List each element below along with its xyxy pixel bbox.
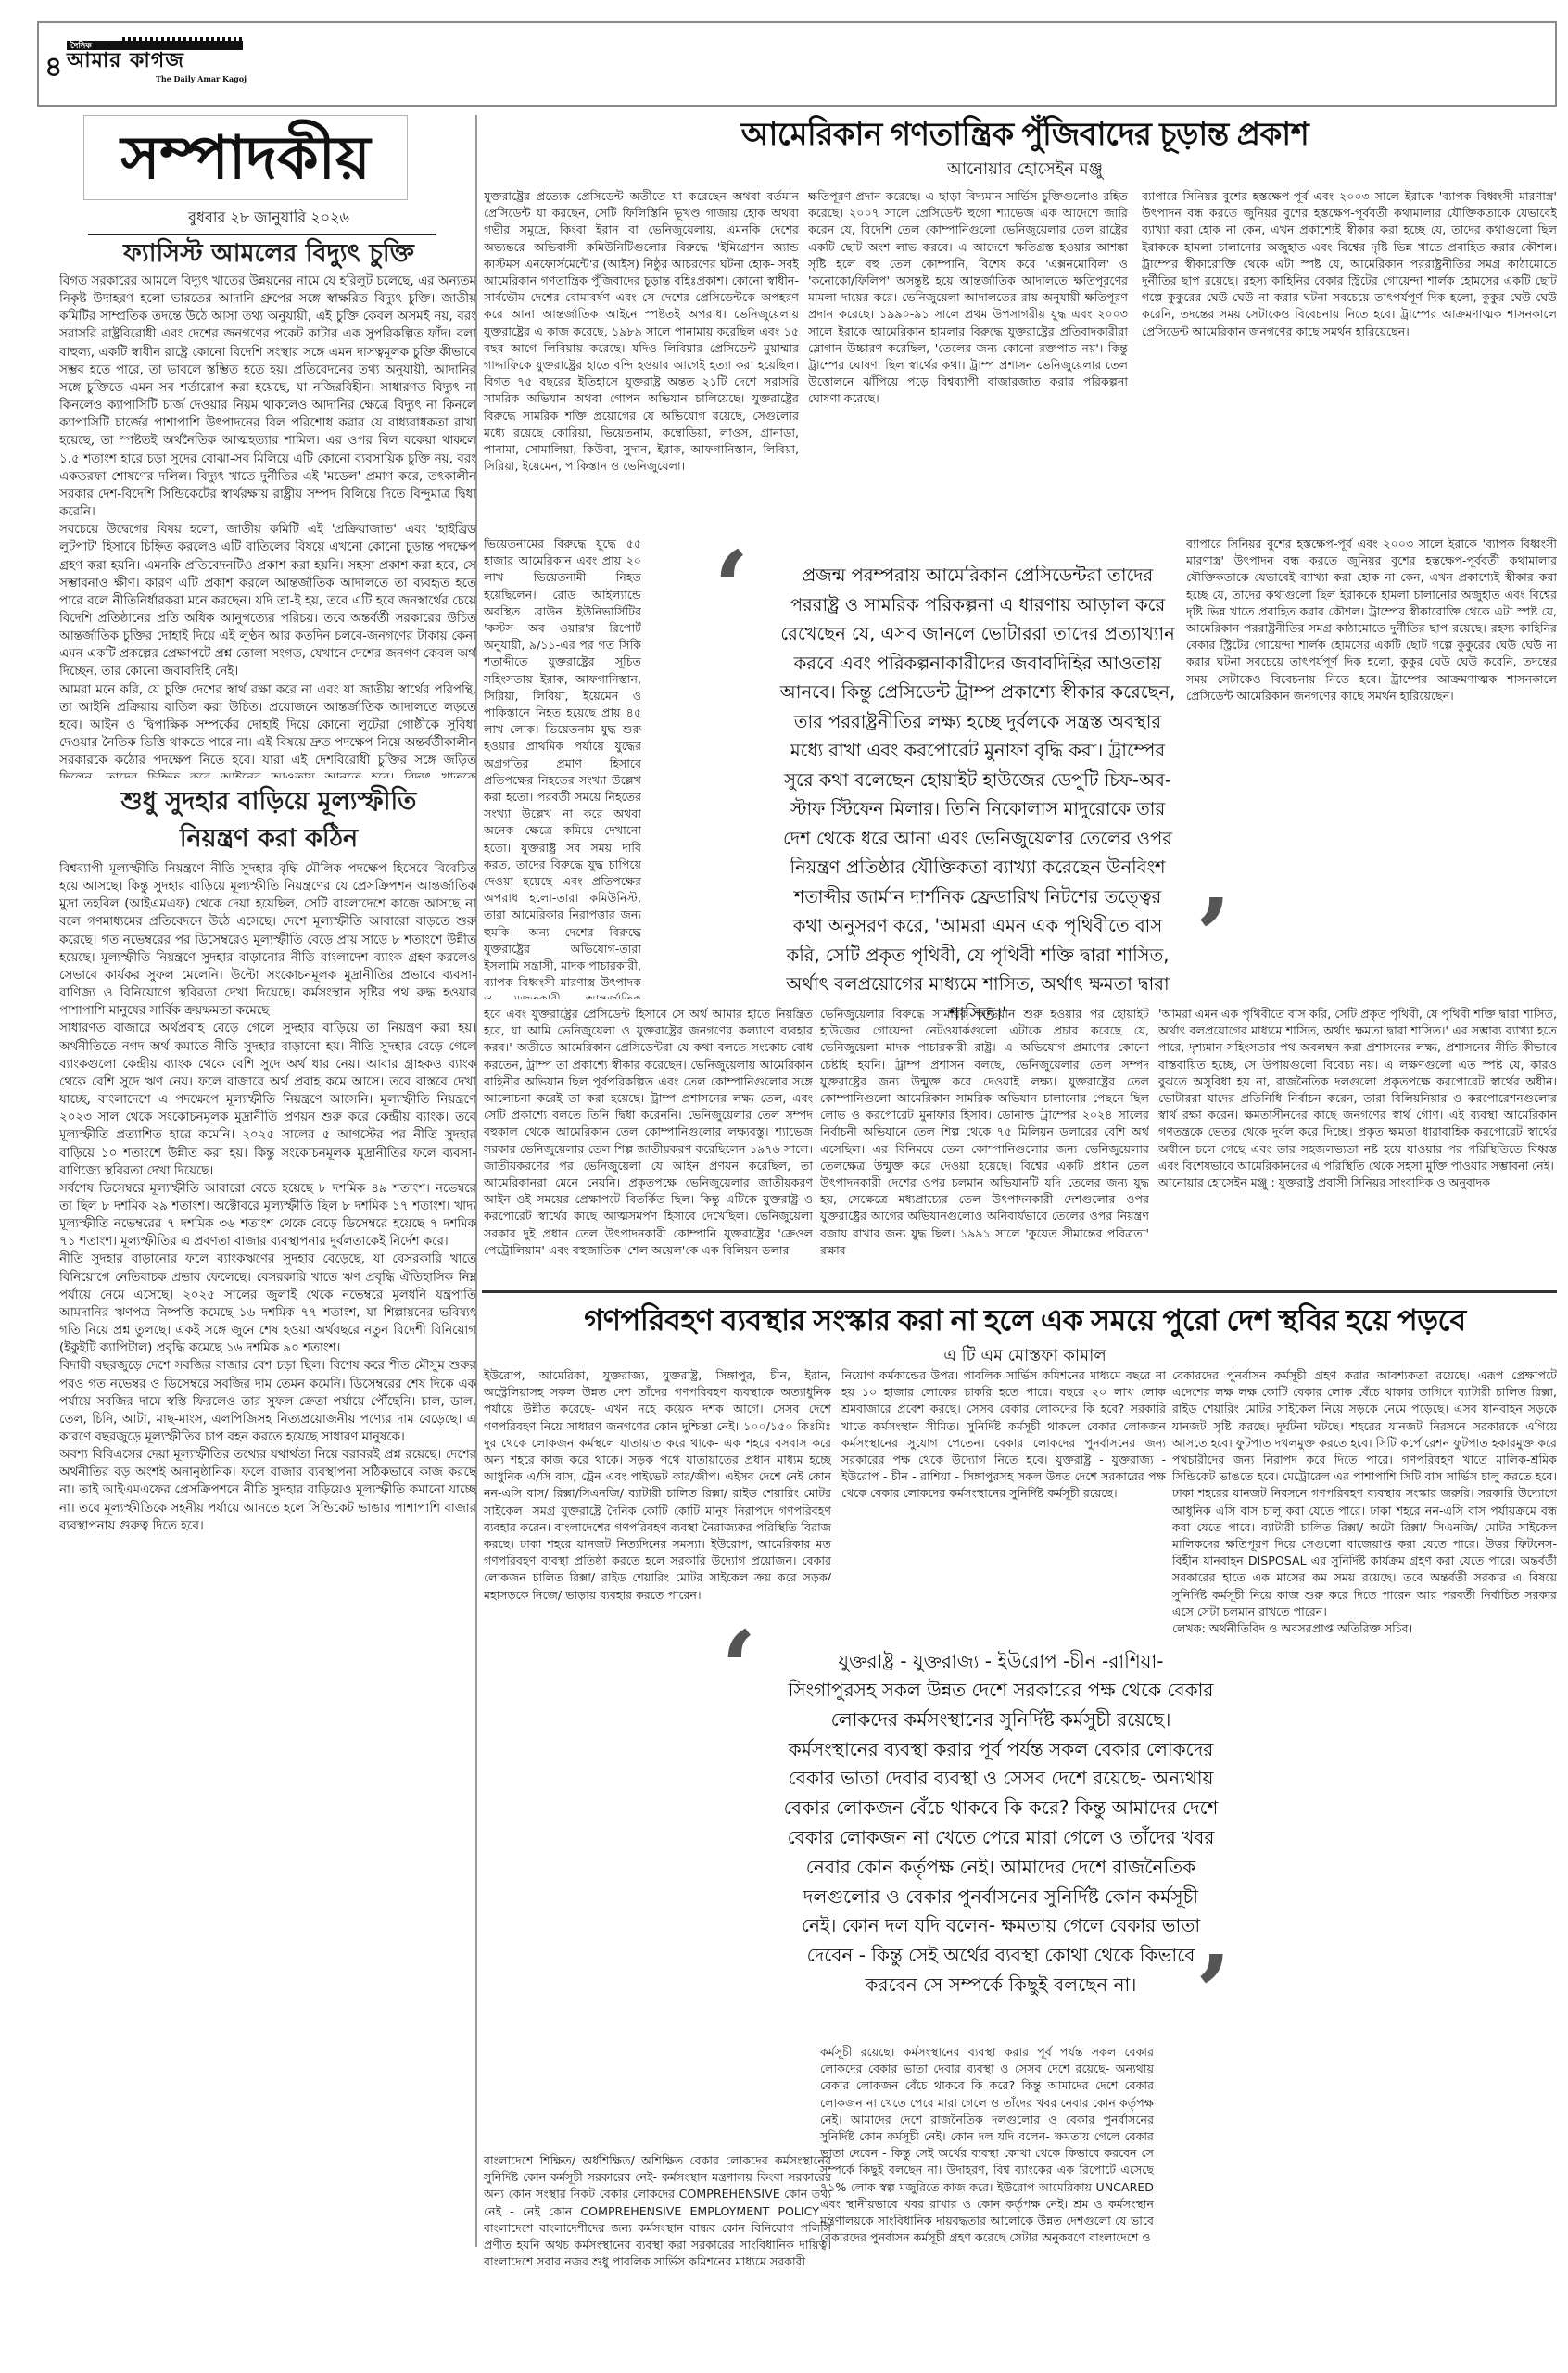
skyline-icon bbox=[122, 37, 243, 46]
paragraph: বিদায়ী বছরজুড়ে দেশে সবজির বাজার বেশ চড… bbox=[59, 1357, 476, 1446]
transport-headline: গণপরিবহণ ব্যবস্থার সংস্কার করা না হলে এক… bbox=[482, 1298, 1568, 1342]
feature-right-column: ব্যাপারে সিনিয়র বুশের হস্তক্ষেপ-পূর্ব এ… bbox=[1186, 536, 1557, 981]
date-divider bbox=[88, 234, 436, 235]
section-divider bbox=[482, 1290, 1557, 1293]
editorial-headline-2-line-2: নিয়ন্ত্রণ করা কঠিন bbox=[56, 820, 482, 857]
feature-author-note: আনোয়ার হোসেইন মঞ্জু : যুক্তরাষ্ট্র প্রব… bbox=[1158, 1174, 1557, 1191]
editorial-headline-1: ফ্যাসিস্ট আমলের বিদ্যুৎ চুক্তি bbox=[56, 237, 482, 271]
editorial-date: বুধবার ২৮ জানুয়ারি ২০২৬ bbox=[56, 206, 482, 231]
feature-pull-quote: প্রজন্ম পরম্পরায় আমেরিকান প্রেসিডেন্টরা… bbox=[778, 561, 1177, 941]
masthead-logo: দৈনিক আমার কাগজ The Daily Amar Kagoj bbox=[67, 41, 252, 82]
feature-column-3: ক্ষতিপূরণ প্রদান করেছে। এ ছাড়া বিদ্যমান… bbox=[808, 188, 1128, 531]
paragraph: বিশ্বব্যাপী মূল্যস্ফীতি নিয়ন্ত্রণে নীতি… bbox=[59, 860, 476, 1020]
feature-column-2: ভিয়েতনামের বিরুদ্ধে যুদ্ধে ৫৫ হাজার আমে… bbox=[484, 536, 641, 999]
paragraph: সবচেয়ে উদ্বেগের বিষয় হলো, জাতীয় কমিটি… bbox=[59, 521, 476, 680]
open-quote-icon: ‘ bbox=[721, 1618, 756, 1719]
feature-byline: আনোয়ার হোসেইন মঞ্জু bbox=[482, 156, 1568, 184]
transport-column-2: নিয়োগ কর্মকান্ডের উপর। পাবলিক সার্ভিস ক… bbox=[841, 1367, 1166, 1618]
feature-lower-column-2: ভেনিজুয়েলার বিরুদ্ধে সামরিক অভিযান শুরু… bbox=[820, 1006, 1149, 1279]
feature-column-4: ব্যাপারে সিনিয়র বুশের হস্তক্ষেপ-পূর্ব এ… bbox=[1142, 188, 1557, 531]
editorial-section-title: সম্পাদকীয় bbox=[84, 121, 407, 196]
transport-column-3: কর্মসূচী রয়েছে। কর্মসংস্থানের ব্যবস্থা … bbox=[820, 2044, 1154, 2313]
page-header bbox=[37, 21, 1557, 107]
paragraph: বিগত সরকারের আমলে বিদ্যুৎ খাতের উন্নয়নে… bbox=[59, 273, 476, 521]
feature-column-1: যুক্তরাষ্ট্রের প্রত্যেক প্রেসিডেন্ট অতীত… bbox=[484, 188, 799, 531]
paragraph: বেকারদের পুনর্বাসন কর্মসূচী গ্রহণ করার আ… bbox=[1172, 1367, 1557, 1620]
page-number: ৪ bbox=[44, 44, 62, 92]
paragraph: ব্যাপারে সিনিয়র বুশের হস্তক্ষেপ-পূর্ব এ… bbox=[1186, 536, 1557, 704]
paragraph: অবশ্য বিবিএসের দেয়া মূল্যস্ফীতির তথ্যের… bbox=[59, 1446, 476, 1535]
open-quote-icon: ‘ bbox=[714, 538, 749, 640]
feature-headline: আমেরিকান গণতান্ত্রিক পুঁজিবাদের চূড়ান্ত… bbox=[482, 111, 1568, 158]
editorial-article-2-body: বিশ্বব্যাপী মূল্যস্ফীতি নিয়ন্ত্রণে নীতি… bbox=[59, 860, 476, 2278]
transport-column-1b: বাংলাদেশে শিক্ষিত/ অর্ধশিক্ষিত/ অশিক্ষিত… bbox=[484, 2152, 831, 2310]
close-quote-icon: ’ bbox=[1195, 1942, 1231, 2044]
paragraph: নীতি সুদহার বাড়ানোর ফলে ব্যাংকঋণের সুদহ… bbox=[59, 1250, 476, 1357]
paragraph: আমরা মনে করি, যে চুক্তি দেশের স্বার্থ রক… bbox=[59, 681, 476, 778]
paragraph: বাংলাদেশে শিক্ষিত/ অর্ধশিক্ষিত/ অশিক্ষিত… bbox=[484, 2152, 831, 2270]
paragraph: সর্বশেষ ডিসেম্বরে মূল্যস্ফীতি আবারো বেড়… bbox=[59, 1180, 476, 1251]
feature-lower-column-3: 'আমরা এমন এক পৃথিবীতে বাস করি, সেটি প্রক… bbox=[1158, 1006, 1557, 1279]
paragraph: সাধারণত বাজারে অর্থপ্রবাহ বেড়ে গেলে সুদ… bbox=[59, 1020, 476, 1179]
transport-column-1: ইউরোপ, আমেরিকা, যুক্তরাজ্য, যুক্তরাষ্ট্র… bbox=[484, 1367, 831, 2155]
editorial-section-box: সম্পাদকীয় bbox=[83, 115, 408, 200]
masthead-english-name: The Daily Amar Kagoj bbox=[156, 74, 247, 83]
editorial-article-1-body: বিগত সরকারের আমলে বিদ্যুৎ খাতের উন্নয়নে… bbox=[59, 273, 476, 778]
paragraph: 'আমরা এমন এক পৃথিবীতে বাস করি, সেটি প্রক… bbox=[1158, 1006, 1557, 1174]
masthead-name: আমার কাগজ bbox=[67, 50, 184, 72]
transport-column-4: বেকারদের পুনর্বাসন কর্মসূচী গ্রহণ করার আ… bbox=[1172, 1367, 1557, 2313]
transport-pull-quote-lead: যুক্তরাষ্ট্র - যুক্তরাজ্য - ইউরোপ -চীন -… bbox=[783, 1646, 1219, 1676]
editorial-headline-2-line-1: শুধু সুদহার বাড়িয়ে মূল্যস্ফীতি bbox=[56, 783, 482, 820]
feature-lower-column-1: হবে এবং যুক্তরাষ্ট্রের প্রেসিডেন্ট হিসাব… bbox=[484, 1006, 813, 1279]
transport-pull-quote: সিংগাপুরসহ সকল উন্নত দেশে সরকারের পক্ষ থ… bbox=[783, 1676, 1219, 2000]
transport-author-note: লেখক: অর্থনীতিবিদ ও অবসরপ্রাপ্ত অতিরিক্ত… bbox=[1172, 1620, 1557, 1637]
